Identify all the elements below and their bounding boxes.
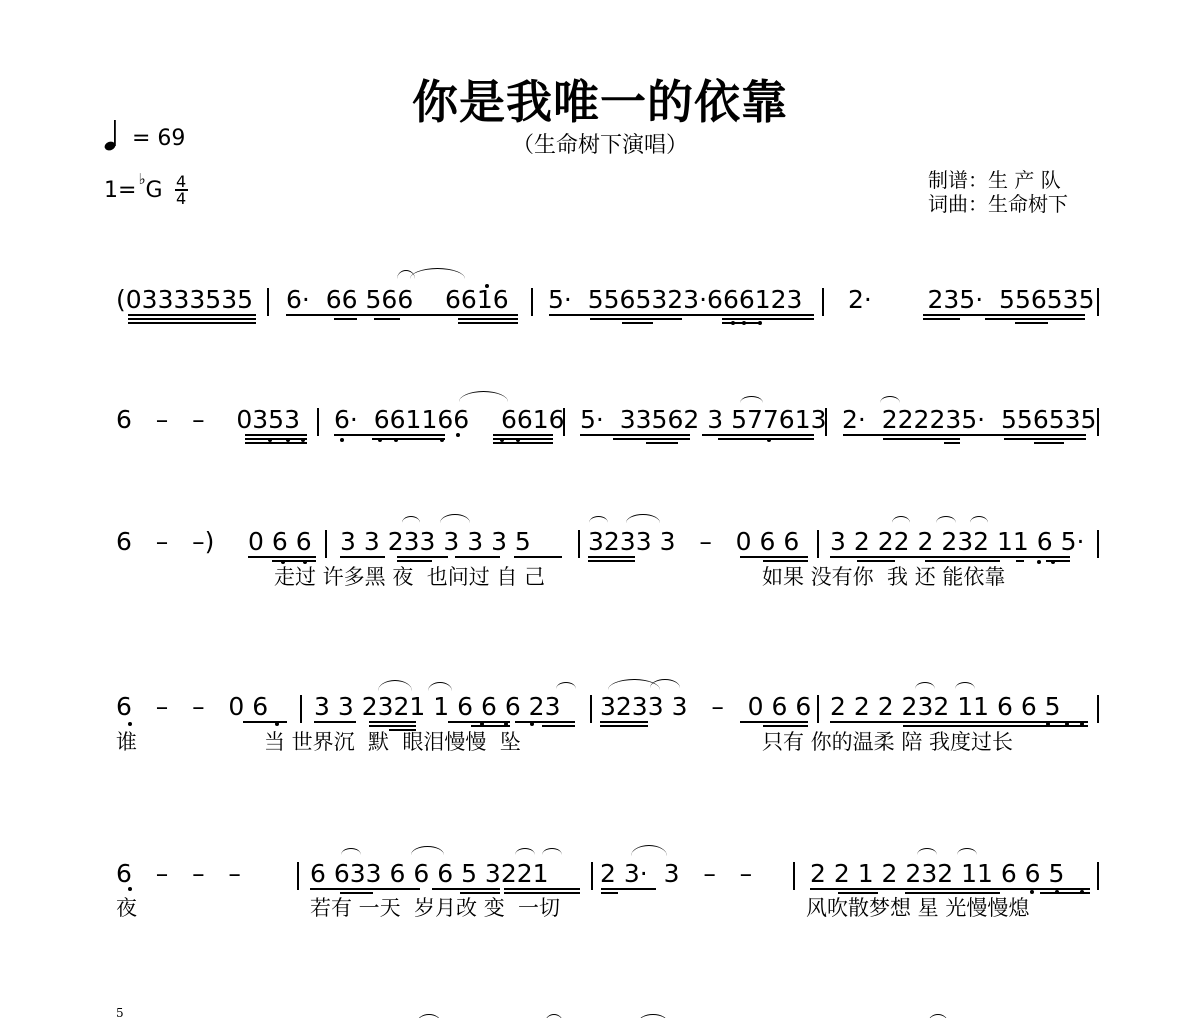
duration-underline <box>718 438 814 440</box>
measure-notes: 6 – – 0 6 <box>116 693 268 721</box>
duration-underline <box>702 434 814 436</box>
duration-underline <box>245 434 307 436</box>
duration-underline <box>455 556 500 558</box>
duration-underline <box>600 725 648 727</box>
octave-dot-below <box>758 321 762 325</box>
measure-notes: 2 2 2 232 11 6 6 5 <box>830 693 1061 721</box>
duration-underline <box>286 314 480 316</box>
duration-underline <box>340 556 385 558</box>
duration-underline <box>1046 560 1070 562</box>
sheet-music-page: 你是我唯一的依靠 （生命树下演唱） = 69 1= ♭ G 4 4 制谱：生 产… <box>0 0 1200 1018</box>
lyric-line: 谁 <box>116 730 137 754</box>
octave-dot-below <box>516 438 520 442</box>
time-top: 4 <box>176 174 186 189</box>
octave-dot-below <box>1046 722 1050 726</box>
slur-arc <box>955 682 975 689</box>
measure-notes: 0 6 6 <box>248 528 312 556</box>
slur-arc <box>880 396 900 403</box>
duration-underline <box>372 438 445 440</box>
barline <box>825 408 827 436</box>
duration-underline <box>397 560 432 562</box>
duration-underline <box>590 318 682 320</box>
measure-notes: 6· 661166 6616 <box>334 406 565 434</box>
duration-underline <box>600 721 648 723</box>
slur-arc <box>928 1014 948 1018</box>
measure-notes: 5· 5565323·666123 <box>548 286 802 314</box>
octave-dot-below <box>340 438 344 442</box>
barline <box>300 695 302 723</box>
duration-underline <box>763 560 808 562</box>
duration-underline <box>740 556 808 558</box>
measure-notes: 2· 235· 556535 <box>848 286 1094 314</box>
slur-arc <box>626 514 660 523</box>
barline <box>1097 862 1099 890</box>
barline <box>267 288 269 316</box>
barline <box>563 408 565 436</box>
lyric-line: 只有 你的温柔 陪 我度过长 <box>762 730 1013 754</box>
duration-underline <box>310 888 420 890</box>
lyric-line: 风吹散梦想 星 光慢慢熄 <box>806 896 1029 920</box>
lyric-line: 当 世界沉 默 眼泪慢慢 坠 <box>264 730 521 754</box>
measure-notes: 3 2 22 2 232 11 6 5· <box>830 528 1084 556</box>
key-signature: 1= ♭ G 4 4 <box>104 178 188 206</box>
slur-arc <box>650 679 680 688</box>
measure-notes: 3 3 233 3 3 3 5 <box>340 528 531 556</box>
duration-underline <box>646 442 678 444</box>
duration-underline <box>549 314 814 316</box>
lyric-line: 若有 一天 岁月改 变 一切 <box>310 896 560 920</box>
duration-underline <box>397 556 448 558</box>
duration-underline <box>923 318 960 320</box>
slur-arc <box>545 1014 563 1018</box>
duration-underline <box>493 434 553 436</box>
barline <box>793 862 795 890</box>
octave-dot-below <box>1037 560 1041 564</box>
octave-dot-below <box>742 321 746 325</box>
measure-notes: 6 – – – <box>116 860 241 888</box>
measure-notes: 6 633 6 6 6 5 3221 <box>310 860 549 888</box>
duration-underline <box>128 314 256 316</box>
duration-underline <box>334 434 445 436</box>
octave-dot-below <box>303 560 307 564</box>
duration-underline <box>830 556 1070 558</box>
duration-underline <box>458 322 518 324</box>
duration-underline <box>613 438 690 440</box>
slur-arc <box>638 1014 668 1018</box>
octave-dot-below <box>1051 560 1055 564</box>
slur-arc <box>917 848 937 855</box>
duration-underline <box>722 318 814 320</box>
duration-underline <box>810 888 1090 890</box>
octave-dot-below <box>1080 890 1084 894</box>
octave-dot-below <box>504 722 508 726</box>
duration-underline <box>272 560 316 562</box>
octave-dot-below <box>281 560 285 564</box>
time-signature: 4 4 <box>175 174 188 206</box>
octave-dot-below <box>128 887 132 891</box>
slur-arc <box>915 682 935 689</box>
duration-underline <box>515 721 575 723</box>
barline <box>590 695 592 723</box>
barline <box>822 288 824 316</box>
slur-arc <box>892 516 910 523</box>
lyric-line: 夜 <box>116 896 137 920</box>
octave-dot-below <box>1055 890 1059 894</box>
barline <box>325 530 327 558</box>
measure-notes: 6 – – 0353 <box>116 406 300 434</box>
measure-notes: 6· 66 566 6616 <box>286 286 509 314</box>
duration-underline <box>944 442 960 444</box>
duration-underline <box>504 892 580 894</box>
duration-underline <box>514 556 562 558</box>
duration-underline <box>248 556 316 558</box>
barline <box>817 530 819 558</box>
page-number: 5 <box>116 1006 124 1018</box>
measure-notes: 5· 33562 3 577613 <box>580 406 827 434</box>
duration-underline <box>763 725 808 727</box>
octave-dot-below <box>286 438 290 442</box>
slur-arc <box>411 846 444 855</box>
duration-underline <box>1034 442 1064 444</box>
slur-arc <box>631 845 667 856</box>
duration-underline <box>1016 560 1024 562</box>
octave-dot-below <box>767 438 771 442</box>
duration-underline <box>334 318 357 320</box>
duration-underline <box>588 556 635 558</box>
lyric-line: 如果 没有你 我 还 能依靠 <box>762 565 1005 589</box>
barline <box>591 862 593 890</box>
octave-dot-below <box>394 438 398 442</box>
slur-arc <box>936 516 956 523</box>
duration-underline <box>1004 438 1086 440</box>
duration-underline <box>243 721 287 723</box>
duration-underline <box>458 318 518 320</box>
slur-arc <box>740 396 763 403</box>
octave-dot-below <box>530 722 534 726</box>
barline <box>1097 408 1099 436</box>
duration-underline <box>838 892 878 894</box>
lyric-line: 走过 许多黑 夜 也问过 自 己 <box>274 565 545 589</box>
duration-underline <box>903 725 1038 727</box>
slur-arc <box>556 682 576 689</box>
duration-underline <box>369 725 416 727</box>
duration-underline <box>588 560 635 562</box>
octave-dot-below <box>1080 722 1084 726</box>
slur-arc <box>341 848 361 855</box>
octave-dot-below <box>480 722 484 726</box>
slur-arc <box>515 848 535 855</box>
key-note: G <box>146 178 163 203</box>
measure-notes: 3233 3 – 0 6 6 <box>600 693 811 721</box>
quarter-note-icon <box>104 118 118 158</box>
barline <box>578 530 580 558</box>
credits: 制谱：生 产 队 词曲：生命树下 <box>928 168 1068 216</box>
duration-underline <box>493 442 553 444</box>
octave-dot-below <box>378 438 382 442</box>
flat-icon: ♭ <box>138 170 145 188</box>
duration-underline <box>458 314 518 316</box>
barline <box>531 288 533 316</box>
time-bottom: 4 <box>176 191 186 206</box>
octave-dot-below <box>268 438 272 442</box>
duration-underline <box>128 322 256 324</box>
barline <box>817 695 819 723</box>
measure-notes: (03333535 <box>116 286 253 314</box>
duration-underline <box>923 314 1085 316</box>
octave-dot-below <box>128 722 132 726</box>
slur-arc <box>459 391 508 402</box>
octave-dot-below <box>275 722 279 726</box>
duration-underline <box>601 892 618 894</box>
octave-dot-above <box>485 284 489 288</box>
octave-dot-below <box>731 321 735 325</box>
duration-underline <box>340 892 373 894</box>
barline <box>1097 288 1099 316</box>
slur-arc <box>428 682 452 691</box>
duration-underline <box>460 892 500 894</box>
key-prefix: 1= <box>104 178 136 203</box>
duration-underline <box>580 434 690 436</box>
duration-underline <box>985 318 1085 320</box>
duration-underline <box>128 318 256 320</box>
measure-notes: 2· 222235· 556535 <box>842 406 1096 434</box>
tempo-marking: = 69 <box>104 118 185 158</box>
duration-underline <box>432 888 500 890</box>
octave-dot-below <box>440 438 444 442</box>
barline <box>297 862 299 890</box>
octave-dot-below <box>456 433 460 437</box>
duration-underline <box>945 892 1000 894</box>
slur-arc <box>957 848 977 855</box>
barline <box>1097 530 1099 558</box>
duration-underline <box>504 888 580 890</box>
measure-notes: 2 2 1 2 232 11 6 6 5 <box>810 860 1064 888</box>
duration-underline <box>622 322 653 324</box>
duration-underline <box>905 892 945 894</box>
duration-underline <box>542 725 575 727</box>
measure-notes: 3 3 2321 1 6 6 6 23 <box>314 693 561 721</box>
duration-underline <box>1015 322 1048 324</box>
duration-underline <box>314 721 356 723</box>
octave-dot-below <box>1065 722 1069 726</box>
duration-underline <box>374 318 400 320</box>
slur-arc <box>402 516 420 523</box>
duration-underline <box>883 438 960 440</box>
duration-underline <box>962 560 1000 562</box>
measure-notes: 2 3· 3 – – <box>600 860 752 888</box>
tempo-value: = 69 <box>132 126 185 151</box>
octave-dot-below <box>500 438 504 442</box>
slur-arc <box>410 268 465 279</box>
duration-underline <box>843 434 1086 436</box>
duration-underline <box>857 560 895 562</box>
duration-underline <box>448 721 510 723</box>
slur-arc <box>589 516 608 523</box>
octave-dot-below <box>301 438 305 442</box>
duration-underline <box>925 560 963 562</box>
duration-underline <box>740 721 808 723</box>
measure-notes: 3233 3 – 0 6 6 <box>588 528 799 556</box>
barline <box>317 408 319 436</box>
slur-arc <box>440 514 470 523</box>
barline <box>1097 695 1099 723</box>
duration-underline <box>245 438 307 440</box>
duration-underline <box>245 442 307 444</box>
measure-notes: 6 – –) <box>116 528 214 556</box>
slur-arc <box>417 1014 441 1018</box>
slur-arc <box>970 516 988 523</box>
slur-arc <box>542 848 562 855</box>
duration-underline <box>601 888 656 890</box>
octave-dot-below <box>1030 890 1034 894</box>
duration-underline <box>722 322 760 324</box>
slur-arc <box>378 680 412 691</box>
duration-underline <box>369 721 416 723</box>
